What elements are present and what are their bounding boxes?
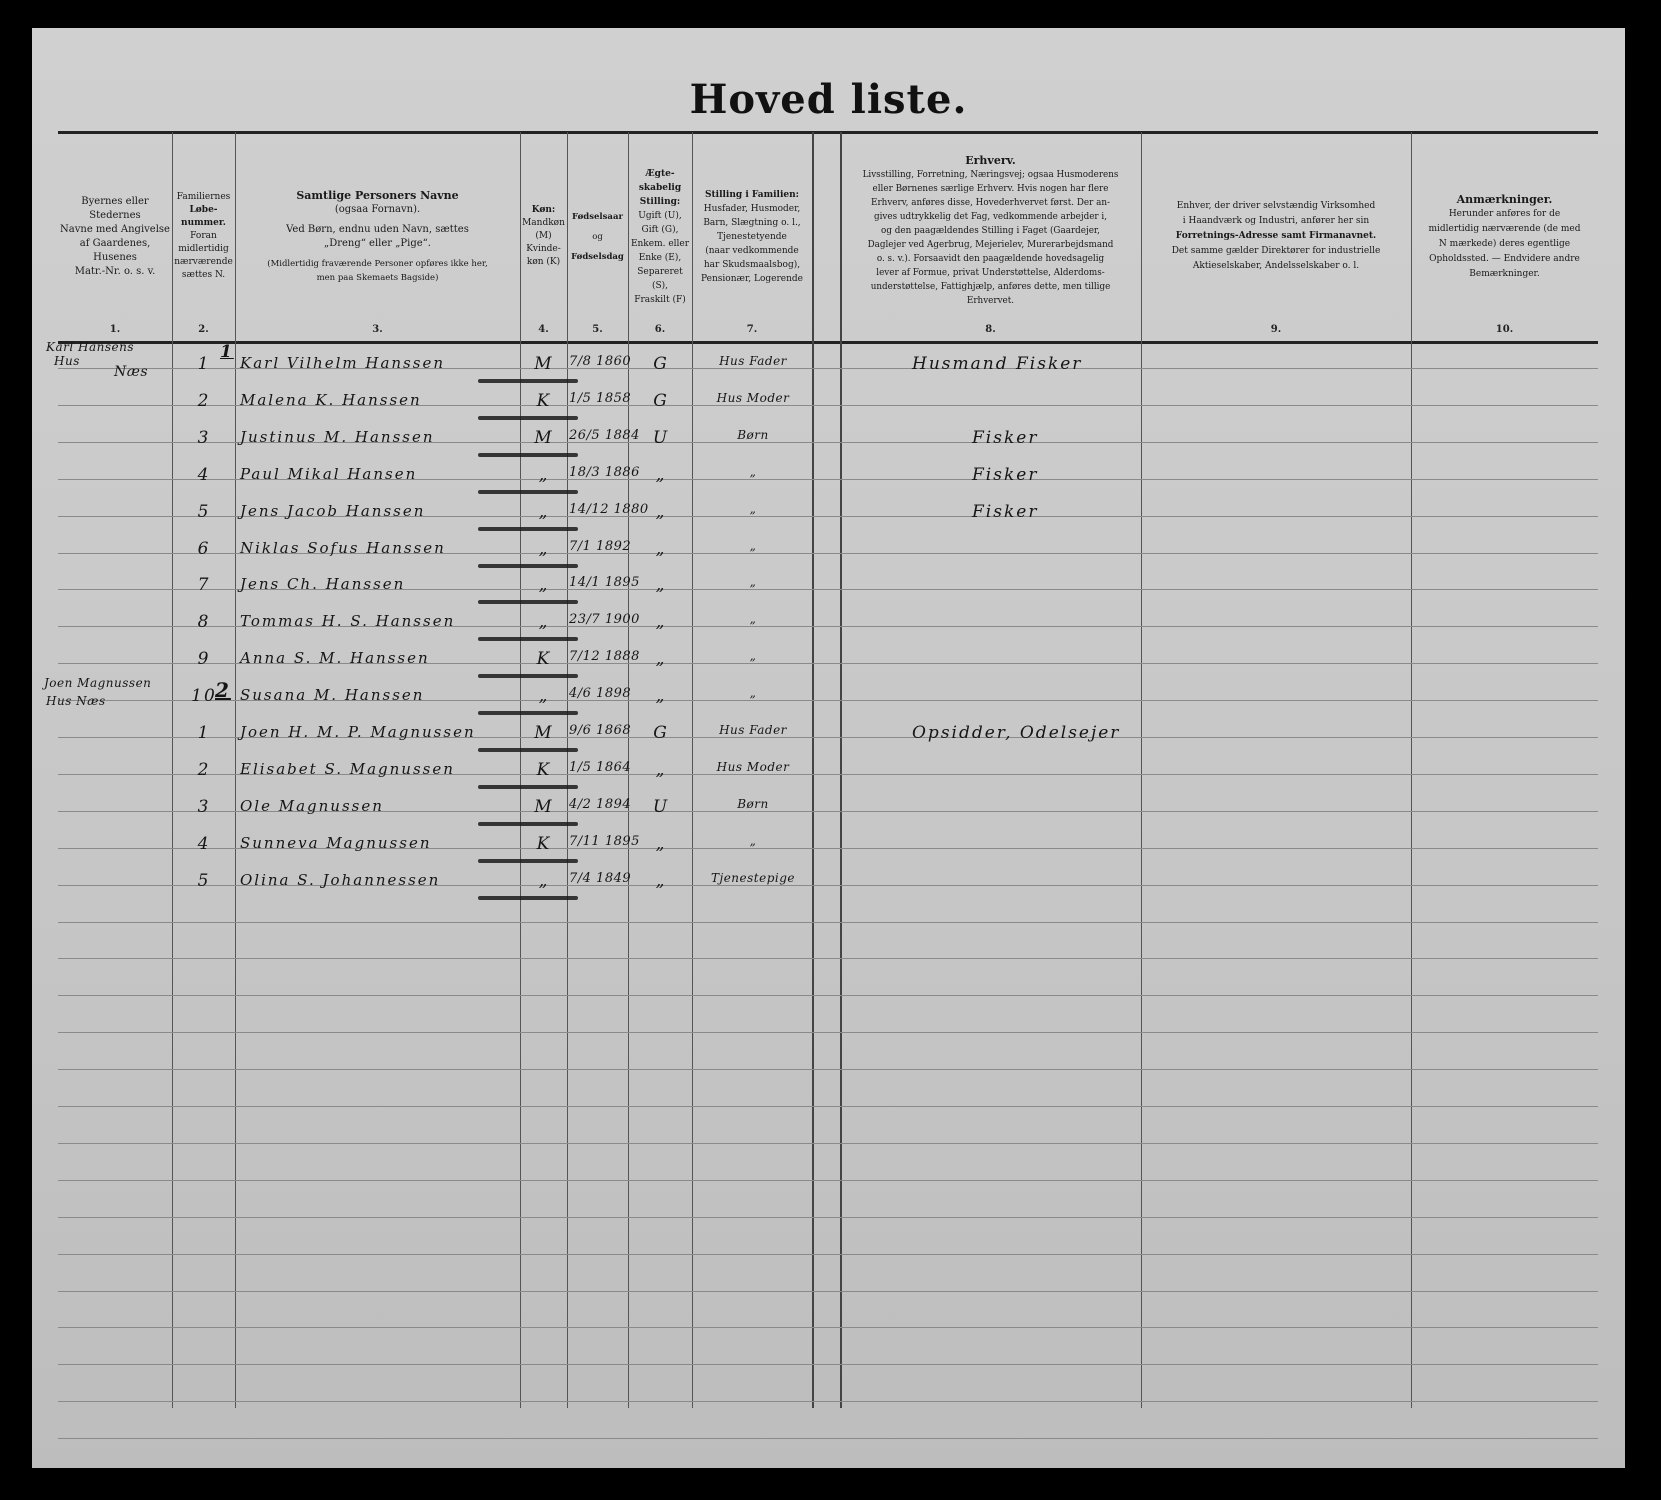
header-text: Løbe-: [189, 204, 217, 217]
header-text: lever af Formue, privat Understøttelse, …: [876, 266, 1104, 280]
cell-name: Joen H. M. P. Magnussen: [240, 723, 520, 741]
header-text: Ugift (U),: [638, 209, 682, 223]
header-text: Familiernes: [177, 191, 231, 204]
header-text: nummer.: [181, 217, 226, 230]
cell-birth: 9/6 1868: [569, 723, 631, 738]
cell-marital: „: [630, 465, 692, 485]
cell-occupation: Husmand Fisker: [912, 354, 1172, 374]
cell-birth: 1/5 1864: [569, 760, 631, 775]
header-text: Erhverv, anføres disse, Hovederhvervet f…: [871, 196, 1110, 210]
header-text: Erhverv.: [965, 154, 1015, 168]
cell-no: 8: [184, 612, 224, 632]
cell-birth: 4/2 1894: [569, 797, 631, 812]
header-text: (naar vedkommende: [705, 244, 799, 258]
underline-mark: [478, 674, 578, 678]
cell-no: 4: [184, 834, 224, 854]
cell-family-role: „: [694, 649, 812, 663]
header-text: Gift (G),: [642, 223, 679, 237]
census-form-page: Hoved liste. Byernes eller Stedernes Nav…: [32, 28, 1625, 1468]
header-text: Livsstilling, Forretning, Næringsvej; og…: [863, 168, 1119, 182]
row-rule: [58, 1401, 1598, 1402]
row-rule: [58, 1032, 1598, 1033]
cell-marital: „: [630, 686, 692, 706]
row-rule: [58, 1180, 1598, 1181]
cell-marital: „: [630, 834, 692, 854]
header-text: køn (K): [527, 256, 560, 269]
header-text: Anmærkninger.: [1457, 192, 1553, 207]
cell-marital: G: [630, 354, 692, 374]
column-number: 10.: [1411, 324, 1598, 335]
cell-sex: K: [522, 760, 566, 780]
column-number: 4.: [520, 324, 567, 335]
cell-birth: 7/11 1895: [569, 834, 631, 849]
header-text: Herunder anføres for de: [1449, 207, 1560, 222]
cell-name: Jens Jacob Hanssen: [240, 502, 520, 520]
header-text: og: [592, 227, 603, 247]
header-text: (ogsaa Fornavn).: [335, 203, 420, 217]
cell-family-role: „: [694, 686, 812, 700]
place-name: Karl Hansens: [46, 340, 134, 354]
cell-name: Elisabet S. Magnussen: [240, 760, 520, 778]
cell-no: 1: [184, 723, 224, 743]
cell-no: 4: [184, 465, 224, 485]
header-text: i Haandværk og Industri, anfører her sin: [1183, 214, 1369, 229]
header-text: midlertidig nærværende (de med: [1429, 222, 1581, 237]
cell-no: 3: [184, 797, 224, 817]
cell-birth: 1/5 1858: [569, 391, 631, 406]
cell-marital: U: [630, 428, 692, 448]
cell-name: Ole Magnussen: [240, 797, 520, 815]
header-text: Ægte-: [645, 167, 674, 181]
row-rule: [58, 1327, 1598, 1328]
header-text: Kvinde-: [526, 243, 561, 256]
header-text: men paa Skemaets Bagside): [317, 271, 439, 285]
underline-mark: [478, 527, 578, 531]
underline-mark: [478, 748, 578, 752]
cell-occupation: Opsidder, Odelsejer: [912, 723, 1172, 743]
row-rule: [58, 1291, 1598, 1292]
cell-birth: 7/12 1888: [569, 649, 631, 664]
header-text: Køn:: [532, 204, 556, 217]
header-text: Opholdssted. — Endvidere andre: [1429, 252, 1580, 267]
header-col-10: Anmærkninger. Herunder anføres for de mi…: [1411, 134, 1598, 339]
row-rule: [58, 958, 1598, 959]
row-rule: [58, 995, 1598, 996]
cell-marital: „: [630, 575, 692, 595]
form-title: Hoved liste.: [32, 76, 1625, 123]
column-number: 7.: [692, 324, 812, 335]
family-number: 2: [215, 678, 231, 702]
cell-family-role: „: [694, 834, 812, 848]
header-text: Tjenestetyende: [717, 230, 787, 244]
place-name: Hus Næs: [46, 694, 106, 708]
row-rule: [58, 1364, 1598, 1365]
row-rule: [58, 922, 1598, 923]
header-text: Stilling:: [640, 195, 681, 209]
header-text: Husfader, Husmoder,: [704, 202, 801, 216]
cell-name: Anna S. M. Hanssen: [240, 649, 520, 667]
header-text: Fraskilt (F): [634, 293, 686, 307]
cell-family-role: Hus Fader: [694, 354, 812, 368]
cell-birth: 18/3 1886: [569, 465, 631, 480]
header-text: Aktieselskaber, Andelsselskaber o. l.: [1193, 259, 1359, 274]
cell-sex: M: [522, 354, 566, 374]
cell-sex: M: [522, 797, 566, 817]
header-col-4: Køn: Mandkøn (M) Kvinde- køn (K): [520, 134, 567, 339]
row-rule: [58, 1106, 1598, 1107]
cell-sex: „: [522, 871, 566, 891]
cell-marital: „: [630, 760, 692, 780]
cell-name: Tommas H. S. Hanssen: [240, 612, 520, 630]
cell-family-role: „: [694, 612, 812, 626]
header-text: N mærkede) deres egentlige: [1439, 237, 1570, 252]
cell-family-role: Hus Moder: [694, 391, 812, 405]
cell-birth: 14/1 1895: [569, 575, 631, 590]
cell-sex: „: [522, 465, 566, 485]
cell-no: 1: [184, 354, 224, 374]
column-number: 2.: [172, 324, 235, 335]
header-text: af Gaardenes, Husenes: [58, 237, 172, 265]
cell-birth: 26/5 1884: [569, 428, 631, 443]
column-number: 6.: [628, 324, 692, 335]
header-text: (M): [535, 230, 551, 243]
cell-marital: „: [630, 502, 692, 522]
header-text: „Dreng“ eller „Pige“.: [324, 237, 431, 251]
cell-occupation: Fisker: [972, 465, 1232, 485]
cell-sex: K: [522, 834, 566, 854]
cell-name: Karl Vilhelm Hanssen: [240, 354, 520, 372]
cell-family-role: Børn: [694, 428, 812, 442]
header-text: (Midlertidig fraværende Personer opføres…: [267, 257, 488, 271]
header-text: Foran: [190, 230, 217, 243]
cell-sex: M: [522, 428, 566, 448]
cell-marital: U: [630, 797, 692, 817]
underline-mark: [478, 600, 578, 604]
underline-mark: [478, 859, 578, 863]
underline-mark: [478, 564, 578, 568]
header-text: Separeret: [637, 265, 683, 279]
cell-sex: M: [522, 723, 566, 743]
header-col-3: Samtlige Personers Navne (ogsaa Fornavn)…: [235, 134, 520, 339]
row-rule: [58, 1069, 1598, 1070]
column-number: 8.: [840, 324, 1141, 335]
header-bottom-rule: [58, 341, 1598, 344]
header-text: Fødselsaar: [572, 207, 623, 227]
cell-family-role: „: [694, 575, 812, 589]
cell-sex: „: [522, 575, 566, 595]
cell-name: Olina S. Johannessen: [240, 871, 520, 889]
cell-no: 3: [184, 428, 224, 448]
header-col-7: Stilling i Familien: Husfader, Husmoder,…: [692, 134, 812, 339]
row-rule: [58, 1217, 1598, 1218]
header-col-1: Byernes eller Stedernes Navne med Angive…: [58, 134, 172, 339]
header-text: sættes N.: [182, 269, 225, 282]
cell-no: 6: [184, 539, 224, 559]
place-name: Joen Magnussen: [44, 676, 151, 690]
header-text: o. s. v.). Forsaavidt den paagældende ho…: [877, 252, 1104, 266]
cell-birth: 7/1 1892: [569, 539, 631, 554]
header-text: Det samme gælder Direktører for industri…: [1172, 244, 1381, 259]
header-col-2: Familiernes Løbe- nummer. Foran midlerti…: [172, 134, 235, 339]
cell-marital: „: [630, 649, 692, 669]
cell-occupation: Fisker: [972, 428, 1232, 448]
header-text: Samtlige Personers Navne: [296, 189, 458, 203]
cell-no: 2: [184, 391, 224, 411]
underline-mark: [478, 490, 578, 494]
cell-marital: „: [630, 871, 692, 891]
cell-sex: „: [522, 502, 566, 522]
header-col-8: Erhverv. Livsstilling, Forretning, Nærin…: [840, 134, 1141, 339]
header-col-9: Enhver, der driver selvstændig Virksomhe…: [1141, 134, 1411, 339]
cell-name: Niklas Sofus Hanssen: [240, 539, 520, 557]
header-col-6: Ægte- skabelig Stilling: Ugift (U), Gift…: [628, 134, 692, 339]
row-rule: [58, 1438, 1598, 1439]
cell-family-role: „: [694, 539, 812, 553]
cell-family-role: Hus Fader: [694, 723, 812, 737]
cell-sex: „: [522, 612, 566, 632]
cell-name: Justinus M. Hanssen: [240, 428, 520, 446]
cell-sex: „: [522, 539, 566, 559]
header-text: Fødselsdag: [571, 247, 624, 267]
header-text: og den paagældendes Stilling i Faget (Ga…: [881, 224, 1100, 238]
header-text: Erhvervet.: [967, 294, 1014, 308]
header-text: understøttelse, Fattighjælp, anføres det…: [871, 280, 1111, 294]
header-text: Pensionær, Logerende: [701, 272, 803, 286]
cell-marital: G: [630, 391, 692, 411]
cell-sex: K: [522, 391, 566, 411]
cell-no: 2: [184, 760, 224, 780]
cell-name: Sunneva Magnussen: [240, 834, 520, 852]
cell-no: 5: [184, 871, 224, 891]
cell-birth: 14/12 1880: [569, 502, 631, 517]
cell-name: Jens Ch. Hanssen: [240, 575, 520, 593]
header-text: Daglejer ved Agerbrug, Mejerielev, Murer…: [868, 238, 1114, 252]
cell-no: 5: [184, 502, 224, 522]
header-text: (S),: [652, 279, 668, 293]
header-text: Enhver, der driver selvstændig Virksomhe…: [1177, 199, 1375, 214]
header-text: Byernes eller Stedernes: [58, 195, 172, 223]
column-number: 9.: [1141, 324, 1411, 335]
column-number: 5.: [567, 324, 628, 335]
underline-mark: [478, 379, 578, 383]
header-text: Ved Børn, endnu uden Navn, sættes: [286, 223, 469, 237]
row-rule: [58, 1254, 1598, 1255]
cell-marital: „: [630, 612, 692, 632]
column-number: 1.: [58, 324, 172, 335]
underline-mark: [478, 896, 578, 900]
header-text: midlertidig: [178, 243, 229, 256]
cell-sex: K: [522, 649, 566, 669]
cell-no: 9: [184, 649, 224, 669]
header-text: Forretnings-Adresse samt Firmanavnet.: [1176, 229, 1376, 244]
header-col-5: Fødselsaar og Fødselsdag: [567, 134, 628, 339]
header-text: skabelig: [639, 181, 681, 195]
header-text: eller Børnenes særlige Erhverv. Hvis nog…: [873, 182, 1109, 196]
header-text: Mandkøn: [522, 217, 565, 230]
header-text: Enkem. eller: [631, 237, 689, 251]
header-text: Stilling i Familien:: [705, 188, 799, 202]
cell-family-role: „: [694, 502, 812, 516]
header-text: Barn, Slægtning o. l.,: [703, 216, 800, 230]
header-text: Bemærkninger.: [1469, 267, 1539, 282]
header-text: har Skudsmaalsbog),: [704, 258, 800, 272]
cell-name: Susana M. Hanssen: [240, 686, 520, 704]
header-text: Enke (E),: [639, 251, 681, 265]
row-rule: [58, 1143, 1598, 1144]
cell-birth: 23/7 1900: [569, 612, 631, 627]
underline-mark: [478, 822, 578, 826]
underline-mark: [478, 785, 578, 789]
header-text: nærværende: [174, 256, 233, 269]
cell-family-role: Børn: [694, 797, 812, 811]
column-number: 3.: [235, 324, 520, 335]
cell-family-role: „: [694, 465, 812, 479]
cell-birth: 7/4 1849: [569, 871, 631, 886]
cell-family-role: Hus Moder: [694, 760, 812, 774]
cell-occupation: Fisker: [972, 502, 1232, 522]
cell-name: Paul Mikal Hansen: [240, 465, 520, 483]
underline-mark: [478, 416, 578, 420]
header-text: gives udtrykkelig det Fag, vedkommende a…: [874, 210, 1107, 224]
cell-marital: „: [630, 539, 692, 559]
cell-marital: G: [630, 723, 692, 743]
underline-mark: [478, 637, 578, 641]
header-text: Matr.-Nr. o. s. v.: [75, 265, 156, 279]
underline-mark: [478, 453, 578, 457]
cell-birth: 7/8 1860: [569, 354, 631, 369]
cell-family-role: Tjenestepige: [694, 871, 812, 885]
cell-no: 7: [184, 575, 224, 595]
cell-name: Malena K. Hanssen: [240, 391, 520, 409]
header-text: Navne med Angivelse: [60, 223, 170, 237]
cell-sex: „: [522, 686, 566, 706]
place-name: Næs: [114, 364, 148, 380]
place-name: Hus: [54, 354, 80, 368]
underline-mark: [478, 711, 578, 715]
cell-birth: 4/6 1898: [569, 686, 631, 701]
